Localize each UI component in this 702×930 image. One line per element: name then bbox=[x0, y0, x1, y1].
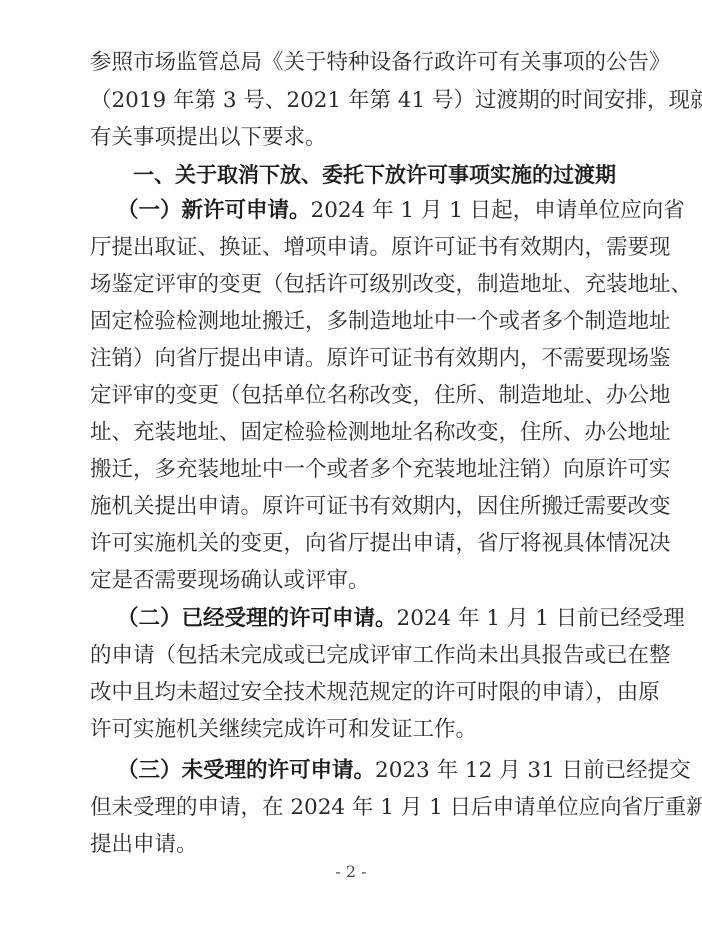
item1-line-4: 固定检验检测地址搬迁，多制造地址中一个或者多个制造地址 bbox=[90, 307, 610, 337]
item1-line-3: 场鉴定评审的变更（包括许可级别改变，制造地址、充装地址、 bbox=[90, 270, 610, 300]
section-heading: 一、关于取消下放、委托下放许可事项实施的过渡期 bbox=[133, 160, 593, 190]
item3-line-3: 提出申请。 bbox=[90, 830, 610, 860]
intro-line-1: 参照市场监管总局《关于特种设备行政许可有关事项的公告》 bbox=[90, 48, 610, 78]
item1-line-9: 施机关提出申请。原许可证书有效期内，因住所搬迁需要改变 bbox=[90, 492, 610, 522]
item1-line-2: 厅提出取证、换证、增项申请。原许可证书有效期内，需要现 bbox=[90, 233, 610, 263]
item1-lead: （一）新许可申请。 bbox=[117, 198, 311, 223]
item3-line-2: 但未受理的申请，在 2024 年 1 月 1 日后申请单位应向省厅重新 bbox=[90, 793, 610, 823]
intro-line-2: （2019 年第 3 号、2021 年第 41 号）过渡期的时间安排，现就 bbox=[90, 86, 610, 116]
item1-first-line: （一）新许可申请。2024 年 1 月 1 日起，申请单位应向省 bbox=[117, 196, 610, 226]
item2-line-2: 的申请（包括未完成或已完成评审工作尚未出具报告或已在整 bbox=[90, 641, 610, 671]
item1-line-6: 定评审的变更（包括单位名称改变，住所、制造地址、办公地 bbox=[90, 381, 610, 411]
item2-line-4: 许可实施机关继续完成许可和发证工作。 bbox=[90, 715, 610, 745]
item1-line-7: 址、充装地址、固定检验检测地址名称改变，住所、办公地址 bbox=[90, 418, 610, 448]
item1-line-8: 搬迁，多充装地址中一个或者多个充装地址注销）向原许可实 bbox=[90, 455, 610, 485]
item3-first-line: （三）未受理的许可申请。2023 年 12 月 31 日前已经提交 bbox=[117, 756, 610, 786]
item3-line-1: 2023 年 12 月 31 日前已经提交 bbox=[375, 758, 691, 783]
item3-lead: （三）未受理的许可申请。 bbox=[117, 758, 375, 783]
item1-line-10: 许可实施机关的变更，向省厅提出申请，省厅将视具体情况决 bbox=[90, 529, 610, 559]
item2-lead: （二）已经受理的许可申请。 bbox=[117, 606, 397, 631]
item1-line-1: 2024 年 1 月 1 日起，申请单位应向省 bbox=[311, 198, 685, 223]
item1-line-11: 定是否需要现场确认或评审。 bbox=[90, 566, 610, 596]
item2-line-1: 2024 年 1 月 1 日前已经受理 bbox=[397, 606, 685, 631]
item2-line-3: 改中且均未超过安全技术规范规定的许可时限的申请），由原 bbox=[90, 678, 610, 708]
item1-line-5: 注销）向省厅提出申请。原许可证书有效期内，不需要现场鉴 bbox=[90, 344, 610, 374]
item2-first-line: （二）已经受理的许可申请。2024 年 1 月 1 日前已经受理 bbox=[117, 604, 610, 634]
intro-line-3: 有关事项提出以下要求。 bbox=[90, 123, 610, 153]
document-page: 参照市场监管总局《关于特种设备行政许可有关事项的公告》 （2019 年第 3 号… bbox=[0, 0, 702, 930]
page-number: - 2 - bbox=[0, 862, 702, 881]
